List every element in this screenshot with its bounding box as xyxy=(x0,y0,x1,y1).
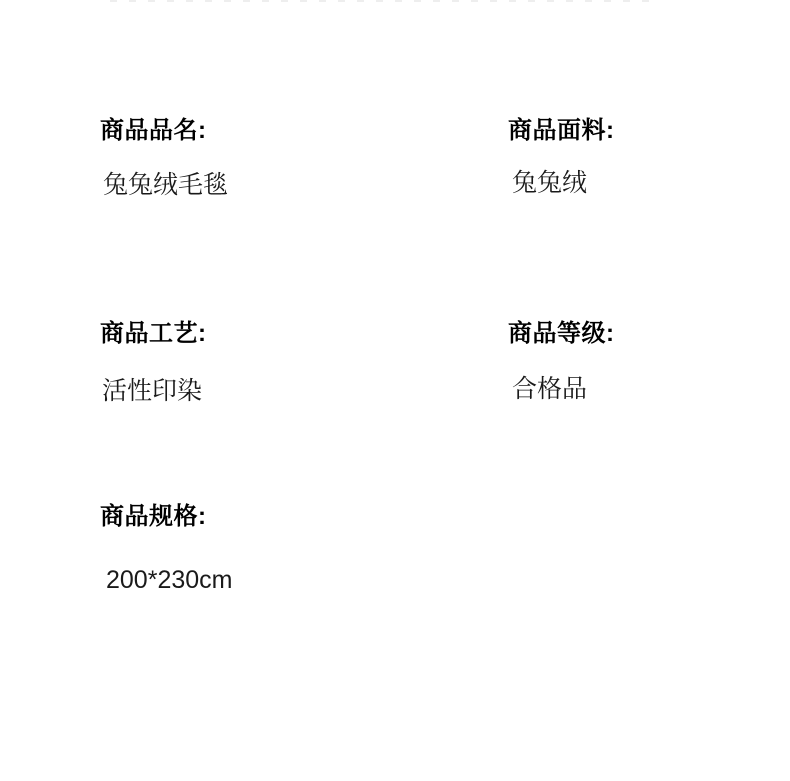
product-name-value: 兔兔绒毛毯 xyxy=(103,168,228,202)
product-grade-value: 合格品 xyxy=(512,372,615,406)
cropped-text-remnant xyxy=(110,0,655,2)
product-name-label: 商品品名: xyxy=(100,114,228,148)
field-product-fabric: 商品面料: 兔兔绒 xyxy=(508,114,615,200)
product-spec-sheet: 商品品名: 兔兔绒毛毯 商品面料: 兔兔绒 商品工艺: 活性印染 商品等级: 合… xyxy=(0,0,790,781)
product-fabric-value: 兔兔绒 xyxy=(512,166,615,200)
product-spec-label: 商品规格: xyxy=(100,500,232,534)
product-fabric-label: 商品面料: xyxy=(508,114,615,148)
field-product-spec: 商品规格: 200*230cm xyxy=(100,500,232,597)
product-craft-value: 活性印染 xyxy=(102,374,207,408)
product-grade-label: 商品等级: xyxy=(508,317,615,351)
field-product-name: 商品品名: 兔兔绒毛毯 xyxy=(100,114,228,202)
field-product-grade: 商品等级: 合格品 xyxy=(508,317,615,406)
product-spec-value: 200*230cm xyxy=(106,563,232,597)
product-craft-label: 商品工艺: xyxy=(100,317,207,351)
field-product-craft: 商品工艺: 活性印染 xyxy=(100,317,207,408)
